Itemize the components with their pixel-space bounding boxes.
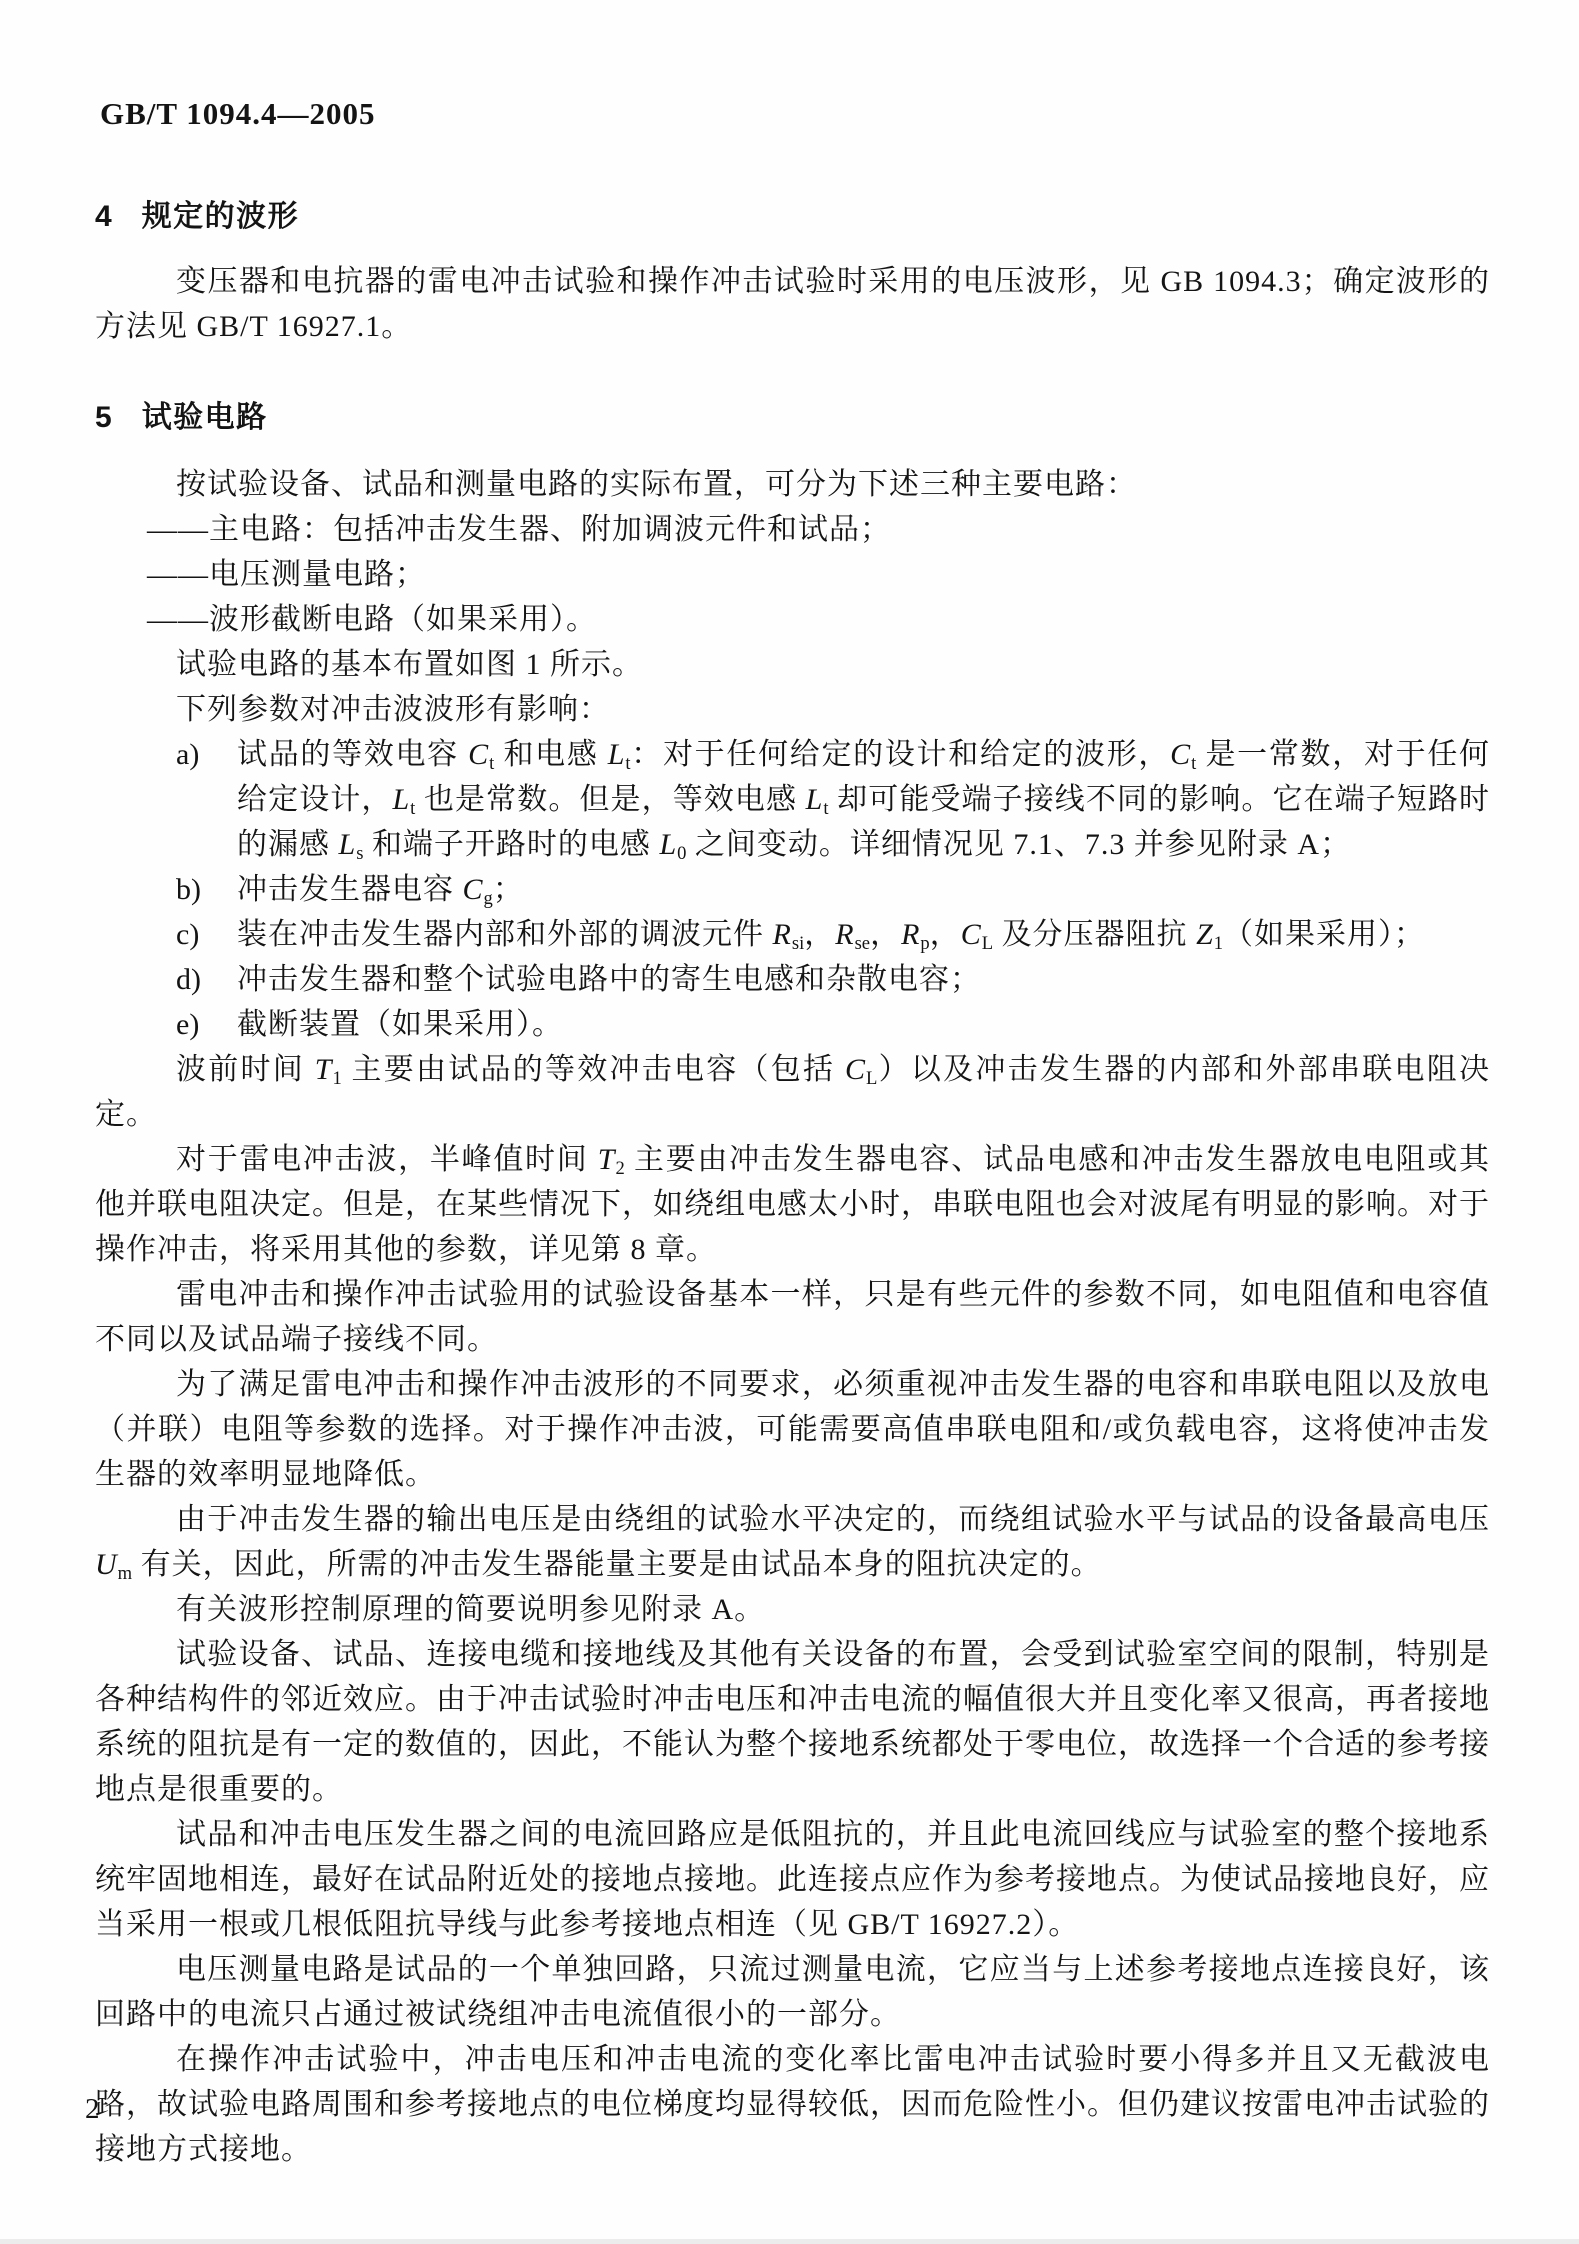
paragraph: 对于雷电冲击波，半峰值时间 T2 主要由冲击发生器电容、试品电感和冲击发生器放电… [95,1137,1490,1272]
paragraph: 下列参数对冲击波波形有影响： [95,687,1490,732]
list-item: e) 截断装置（如果采用）。 [95,1002,1490,1047]
list-item: d) 冲击发生器和整个试验电路中的寄生电感和杂散电容； [95,957,1490,1002]
paragraph: 雷电冲击和操作冲击试验用的试验设备基本一样，只是有些元件的参数不同，如电阻值和电… [95,1272,1490,1362]
scanned-page: GB/T 1094.4—2005 4规定的波形 变压器和电抗器的雷电冲击试验和操… [0,0,1579,2244]
list-item-text: 装在冲击发生器内部和外部的调波元件 Rsi，Rse，Rp，CL 及分压器阻抗 Z… [237,918,1425,951]
paragraph: 按试验设备、试品和测量电路的实际布置，可分为下述三种主要电路： [95,462,1490,507]
list-item-text: 冲击发生器和整个试验电路中的寄生电感和杂散电容； [237,963,981,996]
paragraph: 电压测量电路是试品的一个单独回路，只流过测量电流，它应当与上述参考接地点连接良好… [95,1947,1490,2037]
dash-item: ——电压测量电路； [147,552,1490,597]
list-item: a) 试品的等效电容 Ct 和电感 Lt：对于任何给定的设计和给定的波形，Ct … [95,732,1490,867]
paragraph: 为了满足雷电冲击和操作冲击波形的不同要求，必须重视冲击发生器的电容和串联电阻以及… [95,1362,1490,1497]
list-item-label: d) [176,957,201,1002]
list-item-label: a) [176,732,199,777]
paragraph: 试验设备、试品、连接电缆和接地线及其他有关设备的布置，会受到试验室空间的限制，特… [95,1632,1490,1812]
list-item-text: 截断装置（如果采用）。 [237,1008,563,1041]
list-item-text: 试品的等效电容 Ct 和电感 Lt：对于任何给定的设计和给定的波形，Ct 是一常… [237,738,1490,861]
paragraph: 试验电路的基本布置如图 1 所示。 [95,642,1490,687]
list-item-label: b) [176,867,201,912]
dash-item: ——波形截断电路（如果采用）。 [147,597,1490,642]
standard-number: GB/T 1094.4—2005 [100,96,1490,132]
list-item-text: 冲击发生器电容 Cg； [237,873,524,906]
list-item-label: c) [176,912,199,957]
parameter-list: a) 试品的等效电容 Ct 和电感 Lt：对于任何给定的设计和给定的波形，Ct … [95,732,1490,1047]
paragraph: 由于冲击发生器的输出电压是由绕组的试验水平决定的，而绕组试验水平与试品的设备最高… [95,1497,1490,1587]
page-number: 2 [85,2092,100,2126]
section-4-number: 4 [95,200,113,233]
list-item: c) 装在冲击发生器内部和外部的调波元件 Rsi，Rse，Rp，CL 及分压器阻… [95,912,1490,957]
dash-item: ——主电路：包括冲击发生器、附加调波元件和试品； [147,507,1490,552]
list-item-label: e) [176,1002,199,1047]
paragraph: 在操作冲击试验中，冲击电压和冲击电流的变化率比雷电冲击试验时要小得多并且又无截波… [95,2037,1490,2172]
paragraph: 波前时间 T1 主要由试品的等效冲击电容（包括 CL）以及冲击发生器的内部和外部… [95,1047,1490,1137]
list-item: b) 冲击发生器电容 Cg； [95,867,1490,912]
paragraph: 变压器和电抗器的雷电冲击试验和操作冲击试验时采用的电压波形，见 GB 1094.… [95,259,1490,349]
section-5-number: 5 [95,401,113,434]
section-5-title: 试验电路 [142,401,268,434]
section-4-heading: 4规定的波形 [95,194,1490,239]
section-5-heading: 5试验电路 [95,395,1490,440]
paragraph: 有关波形控制原理的简要说明参见附录 A。 [95,1587,1490,1632]
paragraph: 试品和冲击电压发生器之间的电流回路应是低阻抗的，并且此电流回线应与试验室的整个接… [95,1812,1490,1947]
section-4-title: 规定的波形 [142,200,300,233]
scan-edge-shadow [0,2239,1579,2244]
